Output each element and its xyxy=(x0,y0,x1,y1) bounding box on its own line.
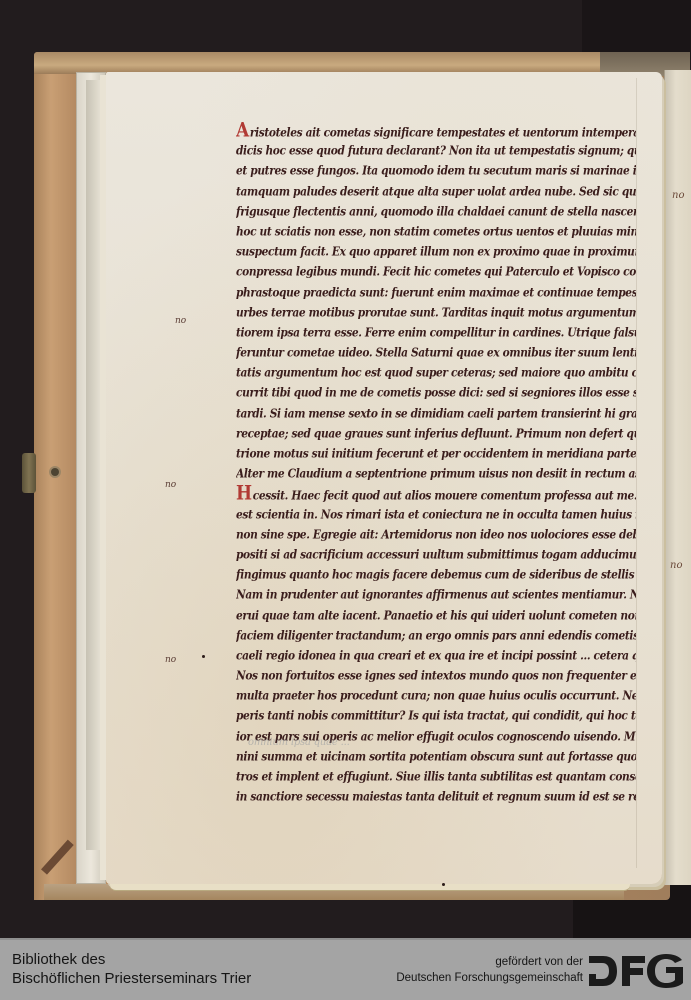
clasp-icon xyxy=(22,453,36,493)
margin-note: no xyxy=(175,316,186,326)
ink-dot xyxy=(202,655,205,658)
margin-note: no xyxy=(165,655,176,665)
facing-margin-note: no xyxy=(670,560,682,571)
ink-dot xyxy=(442,883,445,886)
library-credit: Bibliothek des Bischöflichen Priestersem… xyxy=(12,950,251,988)
manuscript-text-block: Aristoteles ait cometas significare temp… xyxy=(236,121,636,807)
scan-background-shadow xyxy=(582,0,691,60)
folio-bottom-edge xyxy=(110,884,630,891)
offset-ghost-text: omnium ipsa quae ... xyxy=(248,737,588,751)
red-initial: H xyxy=(236,483,252,506)
book-cover-spine-edge xyxy=(34,62,76,900)
text-line: in sanctiore secessu maiestas tanta deli… xyxy=(236,786,636,809)
dfg-logo-icon xyxy=(589,954,685,988)
page-stack-edge xyxy=(86,80,101,850)
book-cover-top-edge xyxy=(34,52,660,74)
funding-credit: gefördert von der Deutschen Forschungsge… xyxy=(396,954,583,986)
nail-icon xyxy=(51,468,59,476)
funding-line-1: gefördert von der xyxy=(396,954,583,970)
library-name-line-2: Bischöflichen Priesterseminars Trier xyxy=(12,969,251,988)
footer-banner: Bibliothek des Bischöflichen Priestersem… xyxy=(0,938,691,1000)
funding-line-2: Deutschen Forschungsgemeinschaft xyxy=(396,970,583,986)
facing-margin-note: no xyxy=(672,190,684,201)
margin-note: no xyxy=(165,480,176,490)
library-name-line-1: Bibliothek des xyxy=(12,950,251,969)
ruling-line xyxy=(636,78,637,868)
